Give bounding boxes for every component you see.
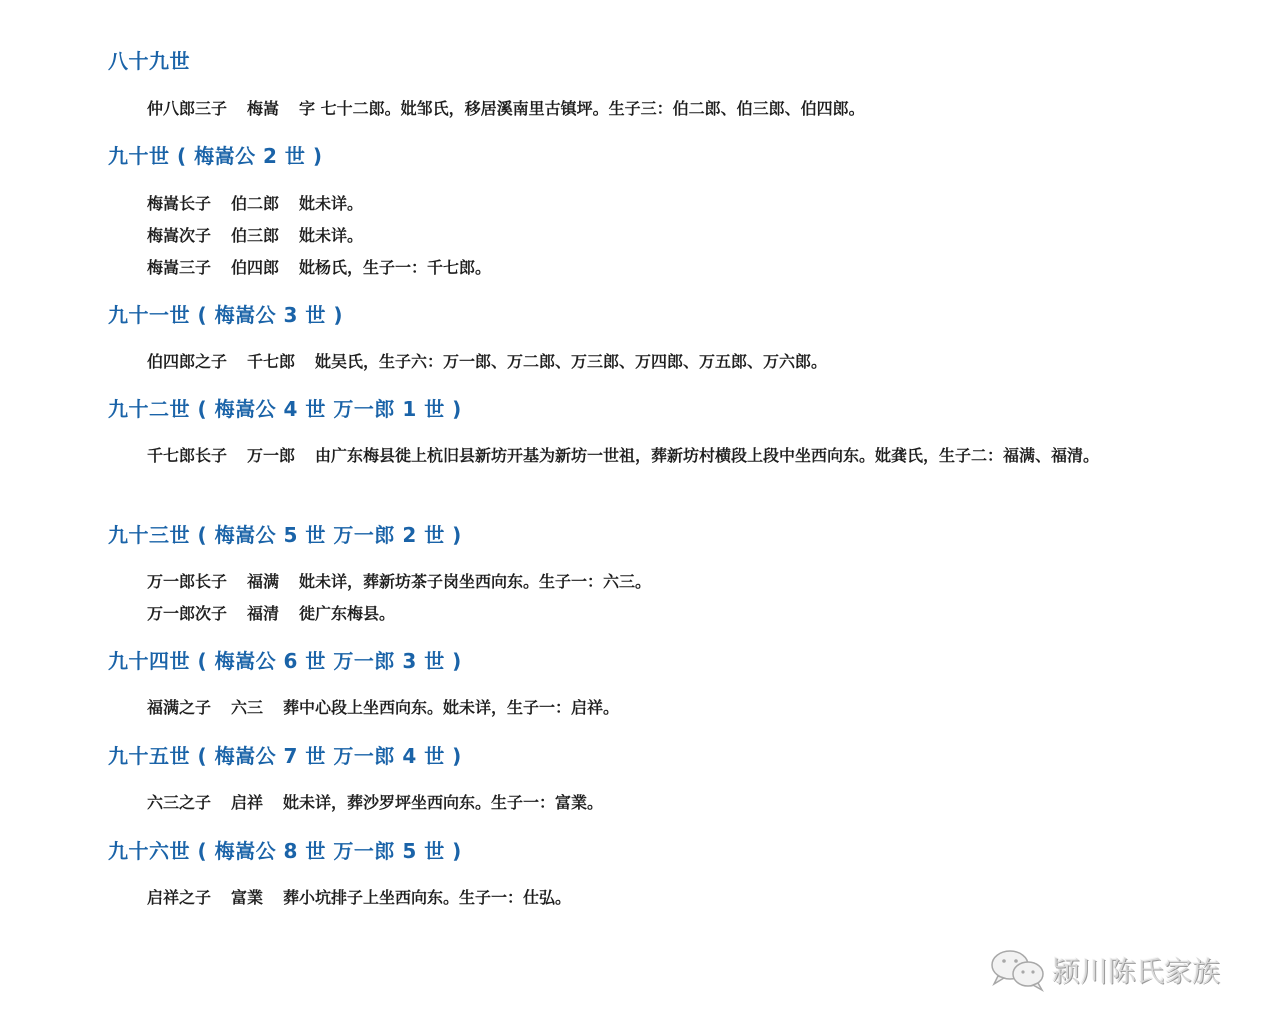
entry-description: 妣吴氏，生子六：万一郎、万二郎、万三郎、万四郎、万五郎、万六郎。 bbox=[315, 346, 827, 378]
entry-description: 妣杨氏，生子一：千七郎。 bbox=[299, 252, 491, 284]
entry-description: 妣未详，葬沙罗坪坐西向东。生子一：富業。 bbox=[283, 787, 603, 819]
entry-description: 葬中心段上坐西向东。妣未详，生子一：启祥。 bbox=[283, 692, 619, 724]
entry-name: 福清 bbox=[247, 598, 279, 630]
generation-title-96: 九十六世 ( 梅嵩公 8 世 万一郎 5 世 ) bbox=[108, 836, 462, 866]
entry-relation: 万一郎次子 bbox=[147, 598, 227, 630]
entry-description: 妣未详。 bbox=[299, 188, 363, 220]
generation-title-91: 九十一世 ( 梅嵩公 3 世 ) bbox=[108, 300, 343, 330]
watermark-text: 颍川陈氏家族 bbox=[1052, 950, 1220, 990]
genealogy-entry: 万一郎次子 福清 徙广东梅县。 bbox=[147, 598, 395, 630]
entry-relation: 仲八郎三子 bbox=[147, 93, 227, 125]
genealogy-entry: 伯四郎之子 千七郎 妣吴氏，生子六：万一郎、万二郎、万三郎、万四郎、万五郎、万六… bbox=[147, 346, 827, 378]
entry-name: 千七郎 bbox=[247, 346, 295, 378]
entry-description: 由广东梅县徙上杭旧县新坊开基为新坊一世祖，葬新坊村横段上段中坐西向东。妣龚氏，生… bbox=[315, 440, 1115, 472]
entry-description: 葬小坑排子上坐西向东。生子一：仕弘。 bbox=[283, 882, 571, 914]
entry-relation: 梅嵩三子 bbox=[147, 252, 211, 284]
entry-relation: 千七郎长子 bbox=[147, 440, 227, 472]
entry-name: 万一郎 bbox=[247, 440, 295, 472]
genealogy-entry: 梅嵩三子 伯四郎 妣杨氏，生子一：千七郎。 bbox=[147, 252, 491, 284]
wechat-icon bbox=[988, 948, 1050, 992]
entry-relation: 伯四郎之子 bbox=[147, 346, 227, 378]
entry-relation: 福满之子 bbox=[147, 692, 211, 724]
genealogy-entry: 六三之子 启祥 妣未详，葬沙罗坪坐西向东。生子一：富業。 bbox=[147, 787, 603, 819]
entry-relation: 万一郎长子 bbox=[147, 566, 227, 598]
generation-title-89: 八十九世 bbox=[108, 46, 190, 76]
entry-description: 妣未详，葬新坊茶子岗坐西向东。生子一：六三。 bbox=[299, 566, 651, 598]
genealogy-entry: 万一郎长子 福满 妣未详，葬新坊茶子岗坐西向东。生子一：六三。 bbox=[147, 566, 651, 598]
watermark: 颍川陈氏家族 bbox=[988, 948, 1220, 992]
generation-title-92: 九十二世 ( 梅嵩公 4 世 万一郎 1 世 ) bbox=[108, 394, 462, 424]
generation-title-90: 九十世 ( 梅嵩公 2 世 ) bbox=[108, 141, 323, 171]
entry-name: 伯四郎 bbox=[231, 252, 279, 284]
genealogy-entry: 启祥之子 富業 葬小坑排子上坐西向东。生子一：仕弘。 bbox=[147, 882, 571, 914]
genealogy-entry: 千七郎长子 万一郎 由广东梅县徙上杭旧县新坊开基为新坊一世祖，葬新坊村横段上段中… bbox=[147, 440, 1115, 472]
generation-title-93: 九十三世 ( 梅嵩公 5 世 万一郎 2 世 ) bbox=[108, 520, 462, 550]
entry-name: 富業 bbox=[231, 882, 263, 914]
entry-name: 伯三郎 bbox=[231, 220, 279, 252]
genealogy-entry: 仲八郎三子 梅嵩 字 七十二郎。妣邹氏，移居溪南里古镇坪。生子三：伯二郎、伯三郎… bbox=[147, 93, 865, 125]
entry-name: 六三 bbox=[231, 692, 263, 724]
entry-relation: 梅嵩次子 bbox=[147, 220, 211, 252]
entry-name: 福满 bbox=[247, 566, 279, 598]
generation-title-94: 九十四世 ( 梅嵩公 6 世 万一郎 3 世 ) bbox=[108, 646, 462, 676]
entry-name: 伯二郎 bbox=[231, 188, 279, 220]
entry-description: 字 七十二郎。妣邹氏，移居溪南里古镇坪。生子三：伯二郎、伯三郎、伯四郎。 bbox=[299, 93, 865, 125]
entry-description: 徙广东梅县。 bbox=[299, 598, 395, 630]
entry-relation: 启祥之子 bbox=[147, 882, 211, 914]
entry-relation: 六三之子 bbox=[147, 787, 211, 819]
genealogy-entry: 福满之子 六三 葬中心段上坐西向东。妣未详，生子一：启祥。 bbox=[147, 692, 619, 724]
entry-name: 梅嵩 bbox=[247, 93, 279, 125]
genealogy-entry: 梅嵩长子 伯二郎 妣未详。 bbox=[147, 188, 363, 220]
generation-title-95: 九十五世 ( 梅嵩公 7 世 万一郎 4 世 ) bbox=[108, 741, 462, 771]
entry-name: 启祥 bbox=[231, 787, 263, 819]
entry-description: 妣未详。 bbox=[299, 220, 363, 252]
genealogy-entry: 梅嵩次子 伯三郎 妣未详。 bbox=[147, 220, 363, 252]
entry-relation: 梅嵩长子 bbox=[147, 188, 211, 220]
